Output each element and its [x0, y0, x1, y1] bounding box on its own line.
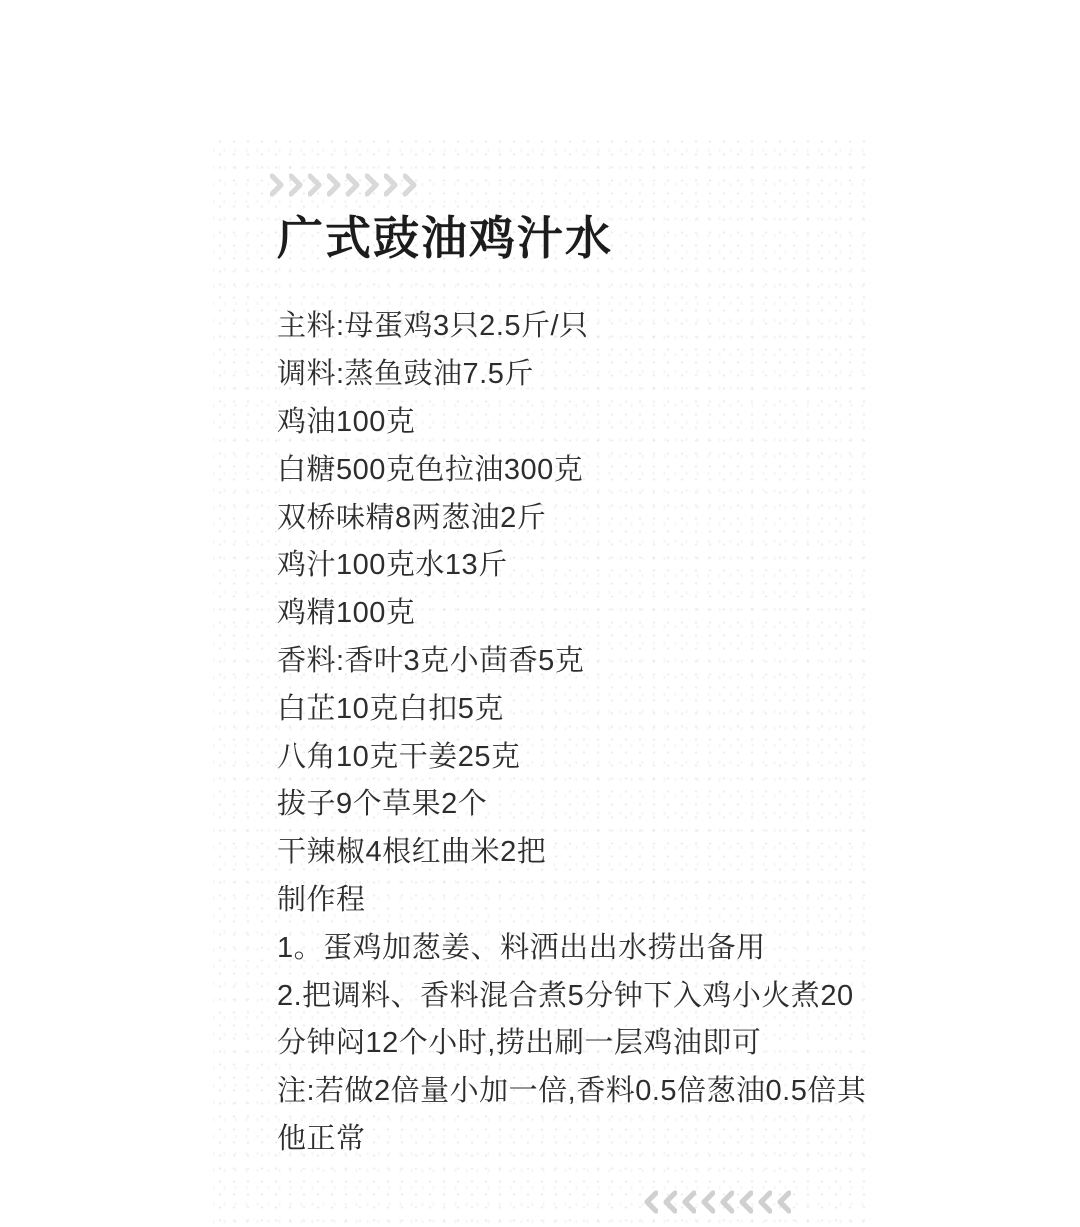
recipe-line: 八角10克干姜25克 — [277, 730, 877, 778]
chevron-right-icon — [346, 173, 360, 197]
chevron-left-icon — [682, 1190, 696, 1214]
chevron-left-icon — [777, 1190, 791, 1214]
recipe-body: 主料:母蛋鸡3只2.5斤/只调料:蒸鱼豉油7.5斤鸡油100克白糖500克色拉油… — [277, 300, 877, 1160]
recipe-line: 双桥味精8两葱油2斤 — [277, 491, 877, 539]
recipe-line: 他正常 — [277, 1113, 877, 1161]
chevron-left-icon — [720, 1190, 734, 1214]
recipe-line: 1。蛋鸡加葱姜、料洒出出水捞出备用 — [277, 921, 877, 969]
chevron-right-icon — [327, 173, 341, 197]
recipe-line: 主料:母蛋鸡3只2.5斤/只 — [277, 300, 877, 348]
recipe-line: 鸡精100克 — [277, 587, 877, 635]
chevron-right-icon — [270, 173, 284, 197]
chevron-left-icon — [739, 1190, 753, 1214]
recipe-line: 干辣椒4根红曲米2把 — [277, 826, 877, 874]
back-chevrons-decoration — [644, 1190, 791, 1214]
chevron-left-icon — [701, 1190, 715, 1214]
chevron-left-icon — [663, 1190, 677, 1214]
recipe-line: 注:若做2倍量小加一倍,香料0.5倍葱油0.5倍其 — [277, 1065, 877, 1113]
chevron-right-icon — [365, 173, 379, 197]
chevron-left-icon — [758, 1190, 772, 1214]
recipe-line: 香料:香叶3克小茴香5克 — [277, 635, 877, 683]
recipe-line: 白糖500克色拉油300克 — [277, 443, 877, 491]
recipe-line: 鸡汁100克水13斤 — [277, 539, 877, 587]
recipe-title: 广式豉油鸡汁水 — [277, 211, 613, 265]
recipe-line: 2.把调料、香料混合煮5分钟下入鸡小火煮20 — [277, 969, 877, 1017]
chevron-right-icon — [384, 173, 398, 197]
chevron-right-icon — [403, 173, 417, 197]
chevron-right-icon — [308, 173, 322, 197]
recipe-line: 调料:蒸鱼豉油7.5斤 — [277, 348, 877, 396]
recipe-line: 拔子9个草果2个 — [277, 778, 877, 826]
recipe-line: 白芷10克白扣5克 — [277, 682, 877, 730]
chevron-left-icon — [644, 1190, 658, 1214]
forward-chevrons-decoration — [270, 173, 417, 197]
recipe-line: 制作程 — [277, 874, 877, 922]
recipe-line: 分钟闷12个小时,捞出刷一层鸡油即可 — [277, 1017, 877, 1065]
recipe-line: 鸡油100克 — [277, 396, 877, 444]
chevron-right-icon — [289, 173, 303, 197]
recipe-page: 广式豉油鸡汁水 主料:母蛋鸡3只2.5斤/只调料:蒸鱼豉油7.5斤鸡油100克白… — [0, 0, 1080, 1227]
